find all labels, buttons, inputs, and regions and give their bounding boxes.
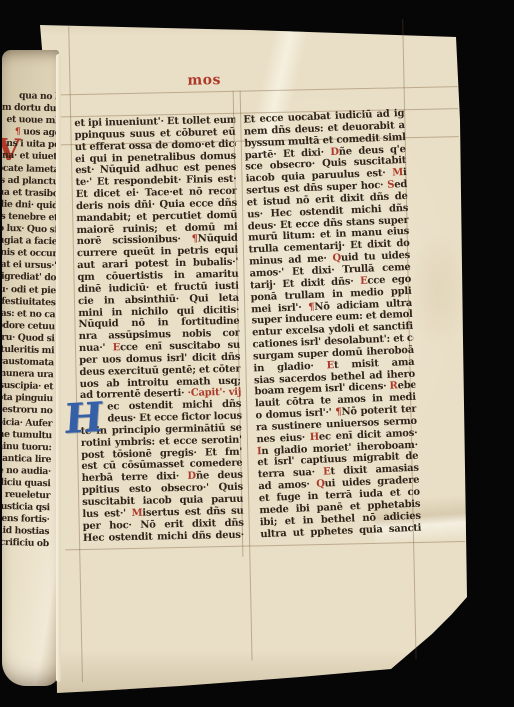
ink-run: i (403, 167, 407, 178)
ink-run: torrens fortis· (2, 513, 50, 526)
text-line: torrens fortis· (2, 512, 50, 527)
ink-run: uroru· Quod si (2, 331, 55, 344)
text-line: Judiciu quasi (2, 476, 51, 491)
ink-run: uota pinguiu (2, 392, 53, 405)
text-column-right: Et ecce uocabat iudiciū ad ignem dñs deu… (243, 108, 421, 541)
ink-run: a me tumultu (2, 428, 52, 441)
text-line: Nuquid hostias (2, 524, 49, 539)
ink-run: et sacrificiu ob (2, 537, 49, 550)
ink-run: respicia· Aufer (2, 416, 52, 429)
text-line: C uestroru no (2, 403, 53, 418)
ink-run: Nūquid (198, 233, 238, 245)
ink-run: ns i uita po (6, 138, 59, 150)
text-line: a me tumultu (2, 427, 52, 442)
ink-run: a die dni· quid (2, 198, 58, 211)
ink-run: qua no li (19, 90, 59, 102)
rubric-run: H (309, 432, 319, 443)
ink-run: lus est·' (82, 508, 131, 520)
ink-run: ebel (397, 380, 415, 392)
text-line: Hec ostendit michi dñs deus· (83, 529, 244, 544)
ink-run: pia odore cetuu (2, 319, 55, 332)
ink-run: no lux· Quo si (2, 222, 58, 235)
ink-run: uocate lameta (2, 162, 59, 175)
text-line: et sacrificiu ob (2, 536, 49, 551)
running-title: mos (187, 72, 221, 89)
ink-run: cce ego (367, 274, 411, 287)
ink-run: et munera ura (2, 367, 54, 380)
ink-run: rat ei ursus·' (2, 259, 57, 272)
text-line: respicia· Aufer (2, 415, 52, 430)
ink-run: et iusticia qsi (2, 501, 50, 514)
text-line: carminu tuoru: (2, 439, 52, 454)
rubric-run: M (131, 508, 142, 519)
ink-run: sum dortu dus (2, 101, 59, 114)
ruling-line (56, 86, 458, 95)
ink-run: carminu tuoru: (2, 440, 52, 453)
text-line: uota pinguiu (2, 391, 53, 406)
facing-page-edge: V qua no lisum dortu duset uoue ml'¶ uos… (2, 50, 59, 686)
ink-run: ed (394, 179, 407, 191)
ink-run: uras: et no ca (2, 307, 55, 320)
ink-run: eius tenebre et (2, 210, 58, 223)
text-line: aqua reueletur (2, 488, 50, 503)
rubric-run: ·Capit'· vij· (187, 387, 241, 399)
ink-run: mu· odi et pie (2, 283, 56, 296)
page-curl-highlight (56, 54, 61, 682)
ink-run: qua et trasibo (2, 186, 59, 199)
ink-run: Hec ostendit michi dñs deus· (83, 529, 244, 543)
ink-run: aqua reueletur (2, 488, 50, 501)
ink-run: ñe deus (196, 470, 243, 482)
ink-run: nua·' (79, 342, 113, 354)
ink-run: tue no audia· (2, 464, 51, 477)
ink-run: et cantica lire (2, 452, 51, 465)
ink-run: et uoue ml' (6, 114, 59, 127)
ink-run: uestroru no (2, 404, 53, 417)
facing-page-text: qua no lisum dortu duset uoue ml'¶ uos a… (2, 89, 59, 551)
ink-run: holocaustomata (2, 355, 54, 368)
ink-run: Nuquid hostias (2, 525, 49, 538)
text-line: et cantica lire (2, 451, 51, 466)
text-line: tue no audia· (2, 464, 51, 479)
ink-run: na· et uiuet' (2, 150, 59, 163)
ink-run: no suscipia· et (2, 380, 53, 393)
ink-run: ci festiuitates (2, 295, 56, 308)
ink-run: leonis et occur (2, 247, 57, 260)
text-line: et uoue ml' (2, 113, 59, 128)
text-line: et iusticia qsi (2, 500, 50, 515)
ink-run: fugiat a facie (2, 235, 57, 248)
ink-run: os ad planctu (2, 174, 59, 187)
text-block: mos H et ipi inueniunt'· Et tollet eumpp… (0, 0, 514, 707)
ink-run: uos age (20, 127, 59, 139)
text-column-left: et ipi inueniunt'· Et tollet eumppinquus… (74, 115, 244, 545)
manuscript-photo: mos H et ipi inueniunt'· Et tollet eumpp… (0, 0, 514, 707)
ink-run: obtuleritis mi (2, 343, 54, 356)
ink-run: udiciu quasi (2, 477, 51, 490)
ink-run: et igrediat' do (2, 271, 56, 284)
illuminated-initial-H: H (63, 395, 105, 441)
